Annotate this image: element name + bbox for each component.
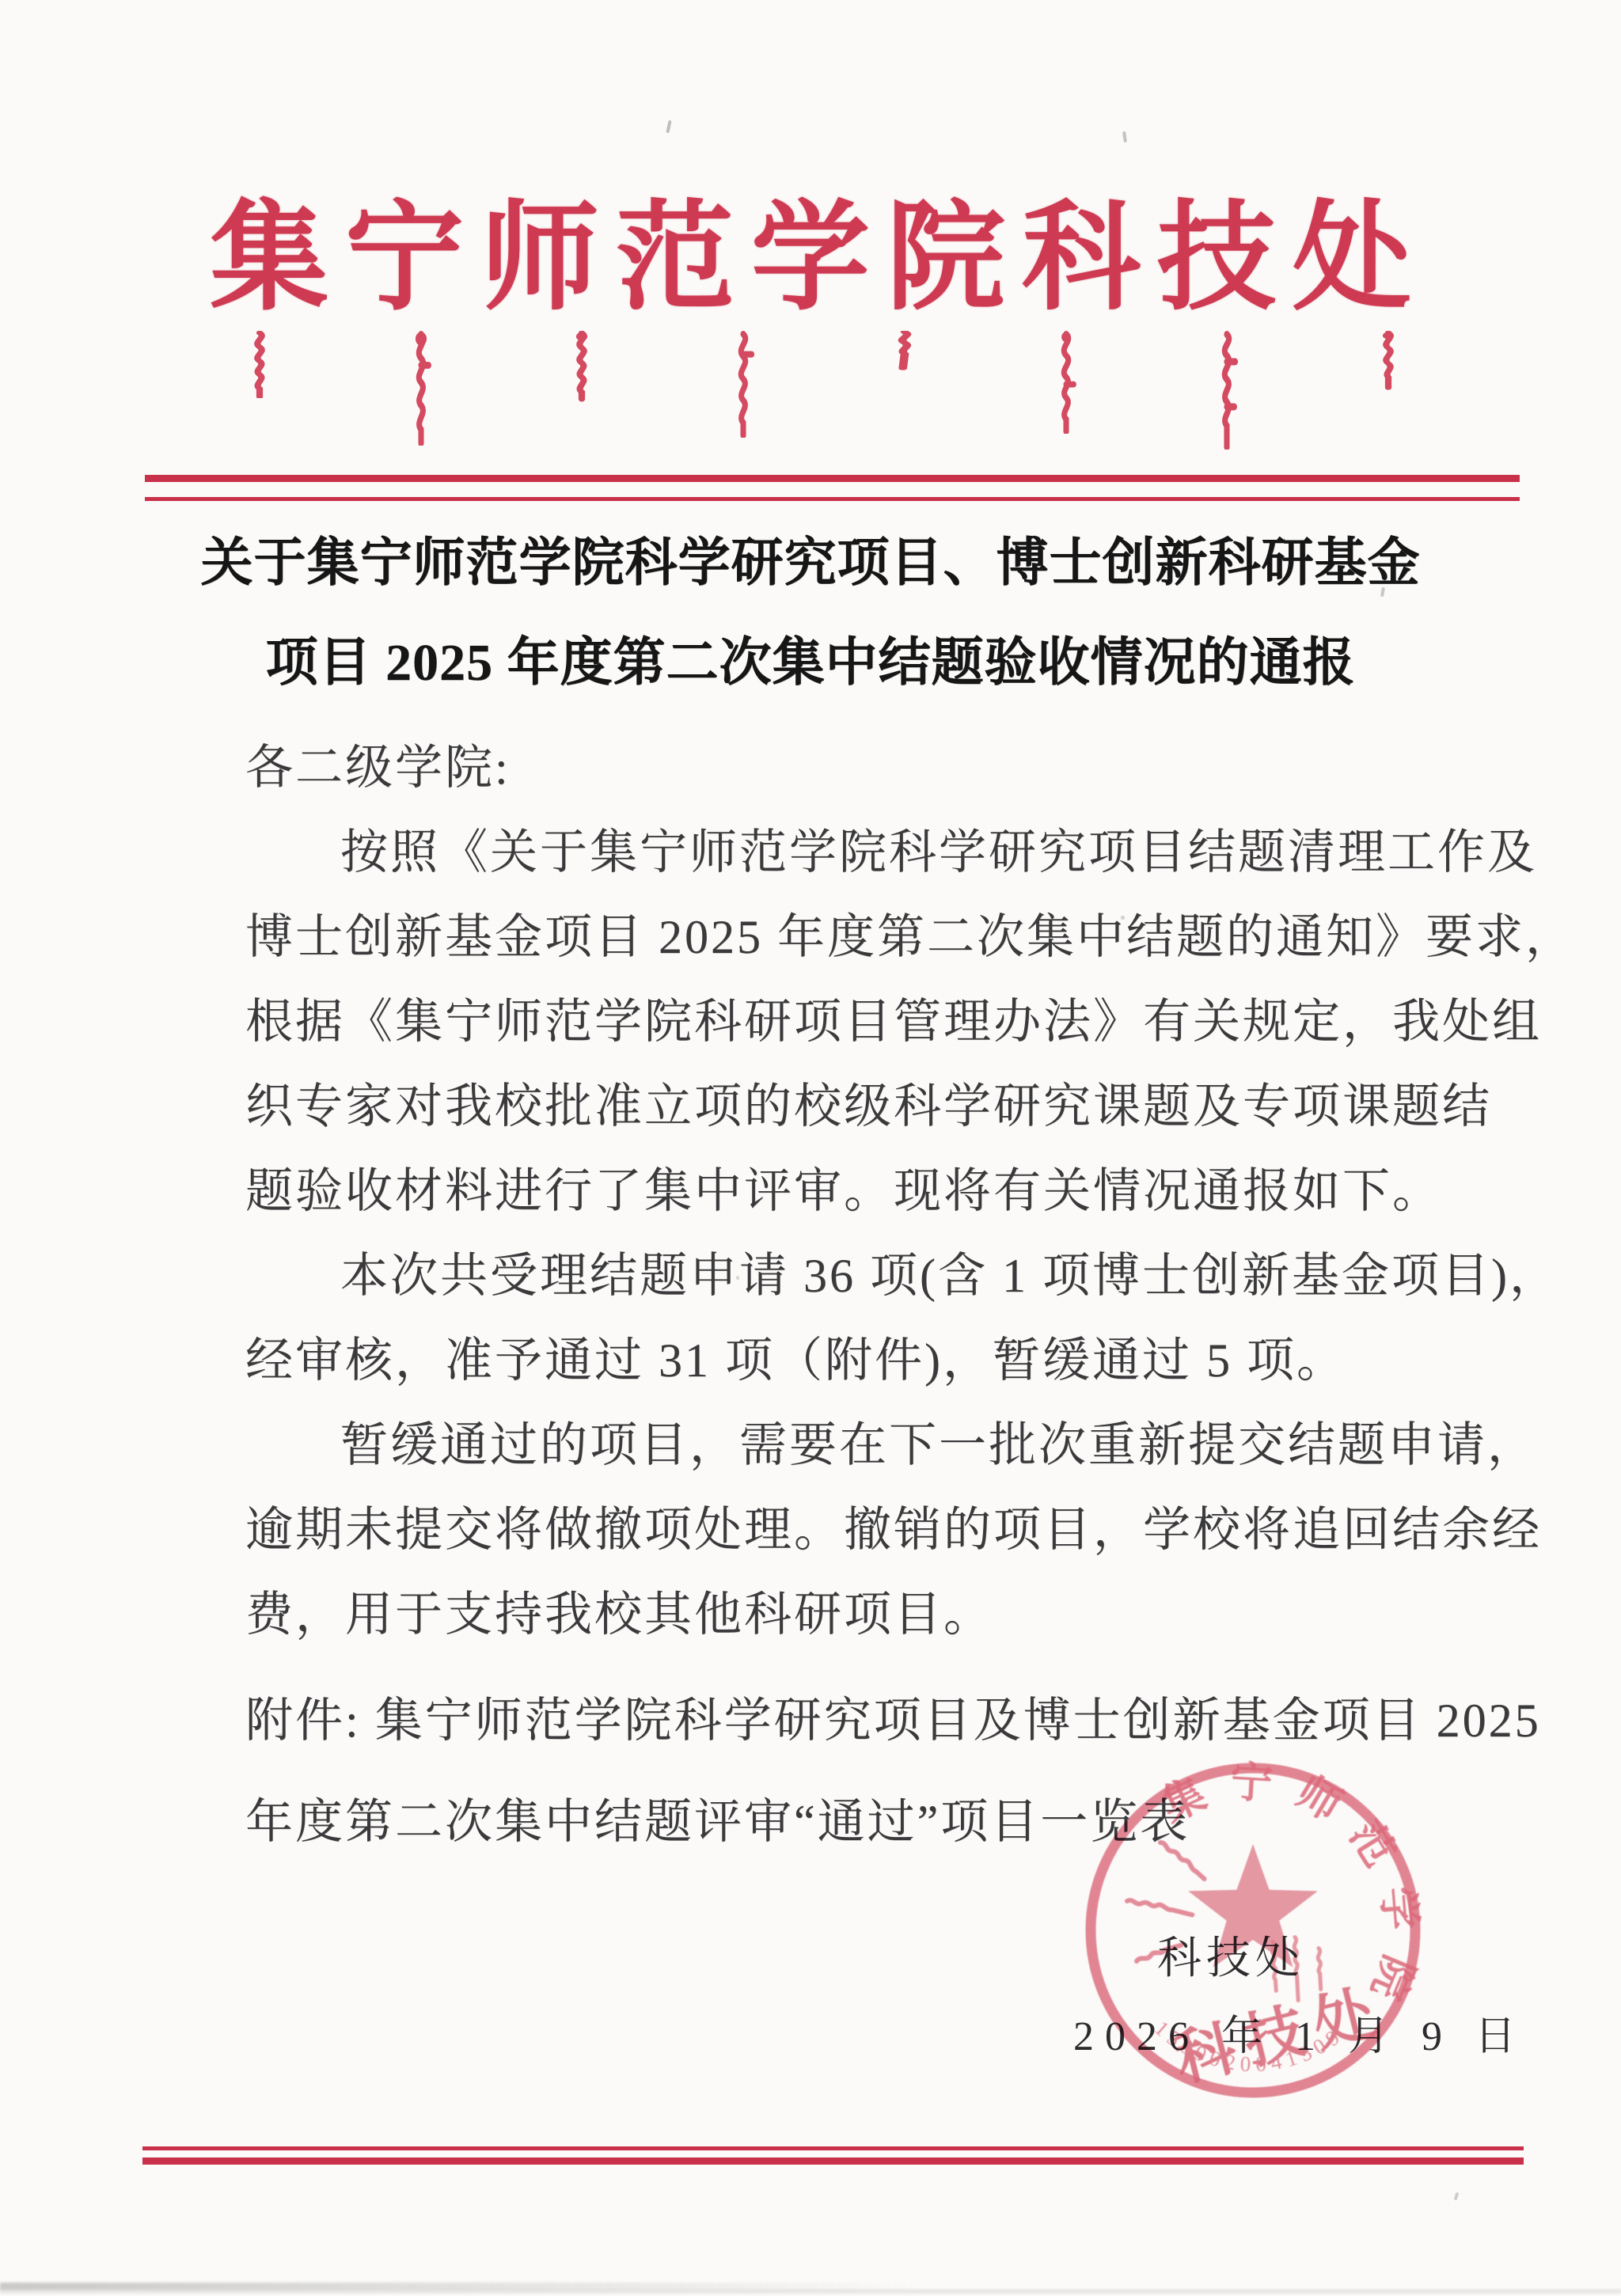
seal-inner-mongolian-glyph-icon bbox=[1318, 1949, 1323, 1990]
footer-rule-thin bbox=[142, 2146, 1524, 2150]
body-line: 织专家对我校批准立项的校级科学研究课题及专项课题结 bbox=[245, 1075, 1448, 1148]
scanner-edge-artifact bbox=[0, 2289, 1621, 2294]
mongolian-glyph-icon bbox=[405, 331, 437, 446]
scan-speck bbox=[1122, 131, 1127, 142]
seal-mongolian-glyph-icon bbox=[1160, 1839, 1205, 1880]
mongolian-glyph-icon bbox=[1050, 331, 1082, 434]
body-line: 按照《关于集宁师范学院科学研究项目结题清理工作及 bbox=[245, 821, 1543, 894]
body-line: 本次共受理结题申请 36 项(含 1 项博士创新基金项目)， bbox=[245, 1244, 1543, 1317]
body-line: 博士创新基金项目 2025 年度第二次集中结题的通知》要求， bbox=[245, 905, 1448, 978]
mongolian-glyph-icon bbox=[727, 331, 759, 438]
mongolian-script-row bbox=[244, 331, 1404, 465]
body-line: 根据《集宁师范学院科研项目管理办法》有关规定，我处组 bbox=[245, 990, 1448, 1063]
attachment-line1: 附件: 集宁师范学院科学研究项目及博士创新基金项目 2025 bbox=[245, 1689, 1448, 1762]
mongolian-glyph-icon bbox=[1211, 331, 1243, 450]
mongolian-glyph-icon bbox=[889, 331, 921, 370]
letterhead-rule-thin bbox=[145, 497, 1520, 501]
scan-speck bbox=[1121, 916, 1125, 920]
official-seal: 集宁师范学院 科技处 1509020041309 bbox=[1078, 1754, 1428, 2106]
letterhead-org-name: 集宁师范学院科技处 bbox=[0, 199, 1621, 318]
mongolian-glyph-icon bbox=[244, 331, 275, 398]
seal-mongolian-glyph-icon bbox=[1127, 1897, 1193, 1918]
mongolian-glyph-icon bbox=[1372, 331, 1404, 390]
letterhead-rule-thick bbox=[145, 475, 1520, 482]
seal-star-icon bbox=[1188, 1844, 1318, 1968]
body-line: 题验收材料进行了集中评审。现将有关情况通报如下。 bbox=[245, 1159, 1448, 1232]
scan-speck bbox=[666, 120, 671, 133]
document-title-line1: 关于集宁师范学院科学研究项目、博士创新科研基金 bbox=[0, 532, 1621, 595]
body-line-salutation: 各二级学院: bbox=[245, 736, 1448, 809]
scan-speck bbox=[1454, 2192, 1460, 2201]
body-line: 经审核，准予通过 31 项（附件)，暂缓通过 5 项。 bbox=[245, 1329, 1448, 1402]
footer-rule-thick bbox=[142, 2157, 1524, 2165]
document-title-line2: 项目 2025 年度第二次集中结题验收情况的通报 bbox=[0, 632, 1621, 695]
body-line: 暂缓通过的项目，需要在下一批次重新提交结题申请， bbox=[245, 1414, 1543, 1486]
scan-speck bbox=[279, 1733, 283, 1736]
mongolian-glyph-icon bbox=[566, 331, 598, 402]
scan-speck bbox=[736, 1276, 739, 1280]
seal-department-text: 科技处 bbox=[1168, 1978, 1391, 2094]
seal-inner-mongolian-glyph-icon bbox=[1294, 1937, 1300, 2001]
body-line: 费，用于支持我校其他科研项目。 bbox=[245, 1583, 1448, 1656]
seal-mongolian-glyph-icon bbox=[1136, 1945, 1183, 1961]
body-line: 逾期未提交将做撤项处理。撤销的项目，学校将追回结余经 bbox=[245, 1498, 1448, 1571]
scanned-document-page: 集宁师范学院科技处 关于集宁师范学院科学研究项目、博士创新科研基金 项目 202… bbox=[0, 0, 1621, 2296]
